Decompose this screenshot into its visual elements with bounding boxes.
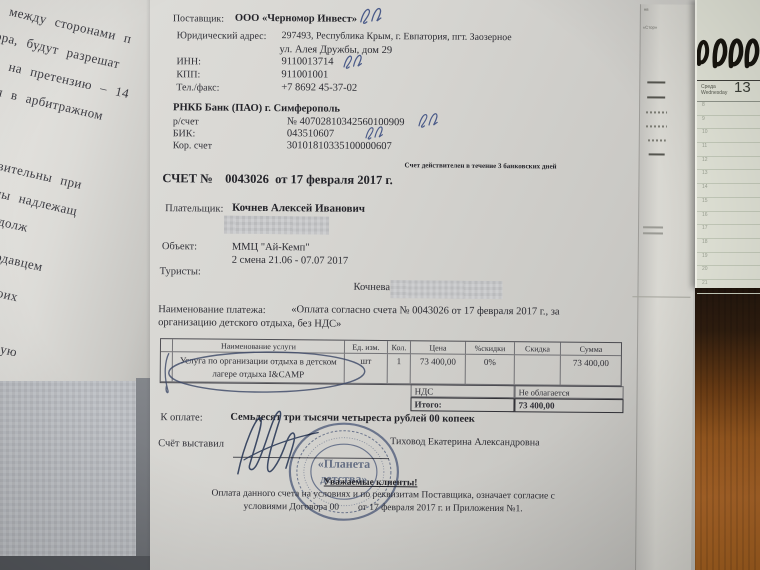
- diary-line: 16: [697, 212, 760, 226]
- background-contract-page: между сторонами п оговора, будут разреша…: [0, 0, 158, 382]
- payer-label: Плательщик:: [165, 203, 223, 215]
- total-value: 73 400,00: [514, 398, 623, 413]
- bik-label: БИК:: [173, 128, 196, 139]
- diary-line: 8: [697, 102, 760, 116]
- redaction-box-bottom-left: [0, 381, 136, 557]
- header-discount: Скидка: [515, 342, 561, 355]
- diary-line: 14: [697, 184, 760, 198]
- diary-line: 13: [697, 170, 760, 184]
- purpose-line1: «Оплата согласно счета № 0043026 от 17 ф…: [291, 304, 559, 317]
- diary-line: 10: [697, 129, 760, 143]
- validity-note: Счет действителен в течение 3 банковских…: [405, 161, 557, 170]
- payer-name: Кочнев Алексей Иванович: [232, 202, 365, 215]
- inn-label: ИНН:: [176, 56, 201, 67]
- diary-lines: 8 9 10 11 12 13 14 15 16 17 18 19 20 21: [697, 102, 760, 294]
- edge-mark: [649, 153, 665, 155]
- tourist-surname: Кочнева: [353, 282, 390, 293]
- price-value: 73 400,00: [419, 355, 457, 368]
- header-qty: Кол.: [388, 341, 411, 354]
- cell-sum: 73 400,00: [561, 356, 621, 387]
- phone-label: Тел./факс:: [176, 82, 219, 93]
- bik-value: 043510607: [287, 128, 334, 139]
- diary-line: 11: [697, 143, 760, 157]
- redaction-box-payer: [224, 216, 329, 235]
- issued-by-label: Счёт выставил: [158, 438, 224, 450]
- diary-weekday-en: Wednesday: [701, 90, 727, 96]
- diary-line: 9: [697, 116, 760, 130]
- edge-mark: [646, 111, 667, 113]
- pen-checkmark: [415, 110, 445, 130]
- diary-date: 13: [734, 79, 751, 96]
- edge-mark: [643, 232, 663, 234]
- totals-subtable: НДС Не облагается Итого: 73 400,00: [410, 384, 623, 413]
- clients-note: Уважаемые клиенты!: [324, 478, 418, 489]
- table-shadow-strip: [0, 556, 158, 570]
- bank-name: РНКБ Банк (ПАО) г. Симферополь: [173, 102, 340, 114]
- diary-line: 19: [697, 253, 760, 267]
- cell-discount-pct: 0%: [466, 355, 515, 385]
- pen-circle-annotation: [161, 347, 371, 397]
- purpose-line2: организацию детского отдыха, без НДС»: [158, 317, 341, 330]
- kpp-label: КПП:: [176, 69, 200, 80]
- kpp-value: 911001001: [281, 69, 328, 80]
- supplier-address-line1: 297493, Республика Крым, г. Евпатория, п…: [282, 30, 512, 43]
- diary-line: 18: [697, 239, 760, 253]
- edge-fragment-top: нв: [644, 7, 649, 12]
- wooden-table-surface: [688, 278, 760, 570]
- inn-value: 9110013714: [281, 56, 333, 67]
- header-price: Цена: [411, 341, 466, 354]
- supplier-address-label: Юридический адрес:: [177, 30, 267, 42]
- diary-line: 20: [697, 266, 760, 280]
- cell-discount: [515, 355, 561, 385]
- diary-line: 12: [697, 157, 760, 171]
- vat-label: НДС: [411, 384, 515, 398]
- diary-line: 21: [697, 280, 760, 294]
- pen-checkmark: [358, 5, 388, 27]
- due-label: К оплате:: [160, 412, 202, 423]
- purpose-label: Наименование платежа:: [158, 304, 265, 316]
- stamp-text-line1: «Планета: [318, 456, 370, 470]
- phone-value: +7 8692 45-37-02: [281, 82, 357, 94]
- pen-checkmark: [363, 124, 389, 142]
- bank-account-label: р/счет: [173, 116, 199, 127]
- edge-fragment-title: «Стор»: [643, 25, 657, 30]
- edge-rule: [632, 296, 690, 298]
- vat-value: Не облагается: [515, 385, 624, 399]
- spiral-notebook: Среда Wednesday 13 8 9 10 11 12 13 14 15…: [695, 0, 760, 288]
- sum-value: 73 400,00: [572, 357, 610, 370]
- total-label: Итого:: [410, 397, 514, 412]
- terms-line1: Оплата данного счета на условиях и по ре…: [151, 488, 616, 502]
- issued-by-name: Тиховод Екатерина Александровна: [390, 436, 540, 448]
- edge-mark: [647, 81, 665, 83]
- header-sum: Сумма: [561, 343, 621, 357]
- terms-line2: условиями Договора 00 от 17 февраля 2017…: [151, 501, 616, 515]
- edge-mark: [643, 226, 663, 228]
- spiral-binding: [697, 24, 760, 70]
- photo-of-invoice-document: между сторонами п оговора, будут разреша…: [0, 0, 760, 570]
- tourists-label: Туристы:: [160, 266, 201, 277]
- corr-account-label: Кор. счет: [173, 140, 212, 151]
- edge-mark: [647, 96, 665, 98]
- edge-mark: [648, 139, 666, 141]
- supplier-name: ООО «Черномор Инвест»: [235, 13, 357, 25]
- invoice-sheet: Поставщик: ООО «Черномор Инвест» Юридиче…: [150, 0, 695, 570]
- cell-qty: 1: [388, 354, 411, 384]
- object-name: ММЦ "Ай-Кемп": [232, 242, 310, 254]
- object-label: Объект:: [162, 241, 197, 252]
- edge-mark: [646, 125, 667, 127]
- header-discount-pct: %скидки: [466, 342, 515, 355]
- page-stack-edge: нв «Стор»: [635, 4, 696, 570]
- total-row: Итого: 73 400,00: [410, 397, 623, 413]
- services-table: Наименование услуги Ед. изм. Кол. Цена %…: [160, 338, 622, 387]
- object-shift: 2 смена 21.06 - 07.07 2017: [232, 255, 348, 267]
- supplier-label: Поставщик:: [173, 13, 224, 24]
- invoice-title: СЧЕТ № 0043026 от 17 февраля 2017 г.: [162, 171, 393, 188]
- cell-price: 73 400,00: [411, 354, 466, 384]
- redaction-box-tourist: [390, 280, 502, 299]
- diary-line: 15: [697, 198, 760, 212]
- diary-line: 17: [697, 225, 760, 239]
- pen-checkmark: [341, 52, 367, 72]
- supplier-address-line2: ул. Алея Дружбы, дом 29: [280, 44, 393, 56]
